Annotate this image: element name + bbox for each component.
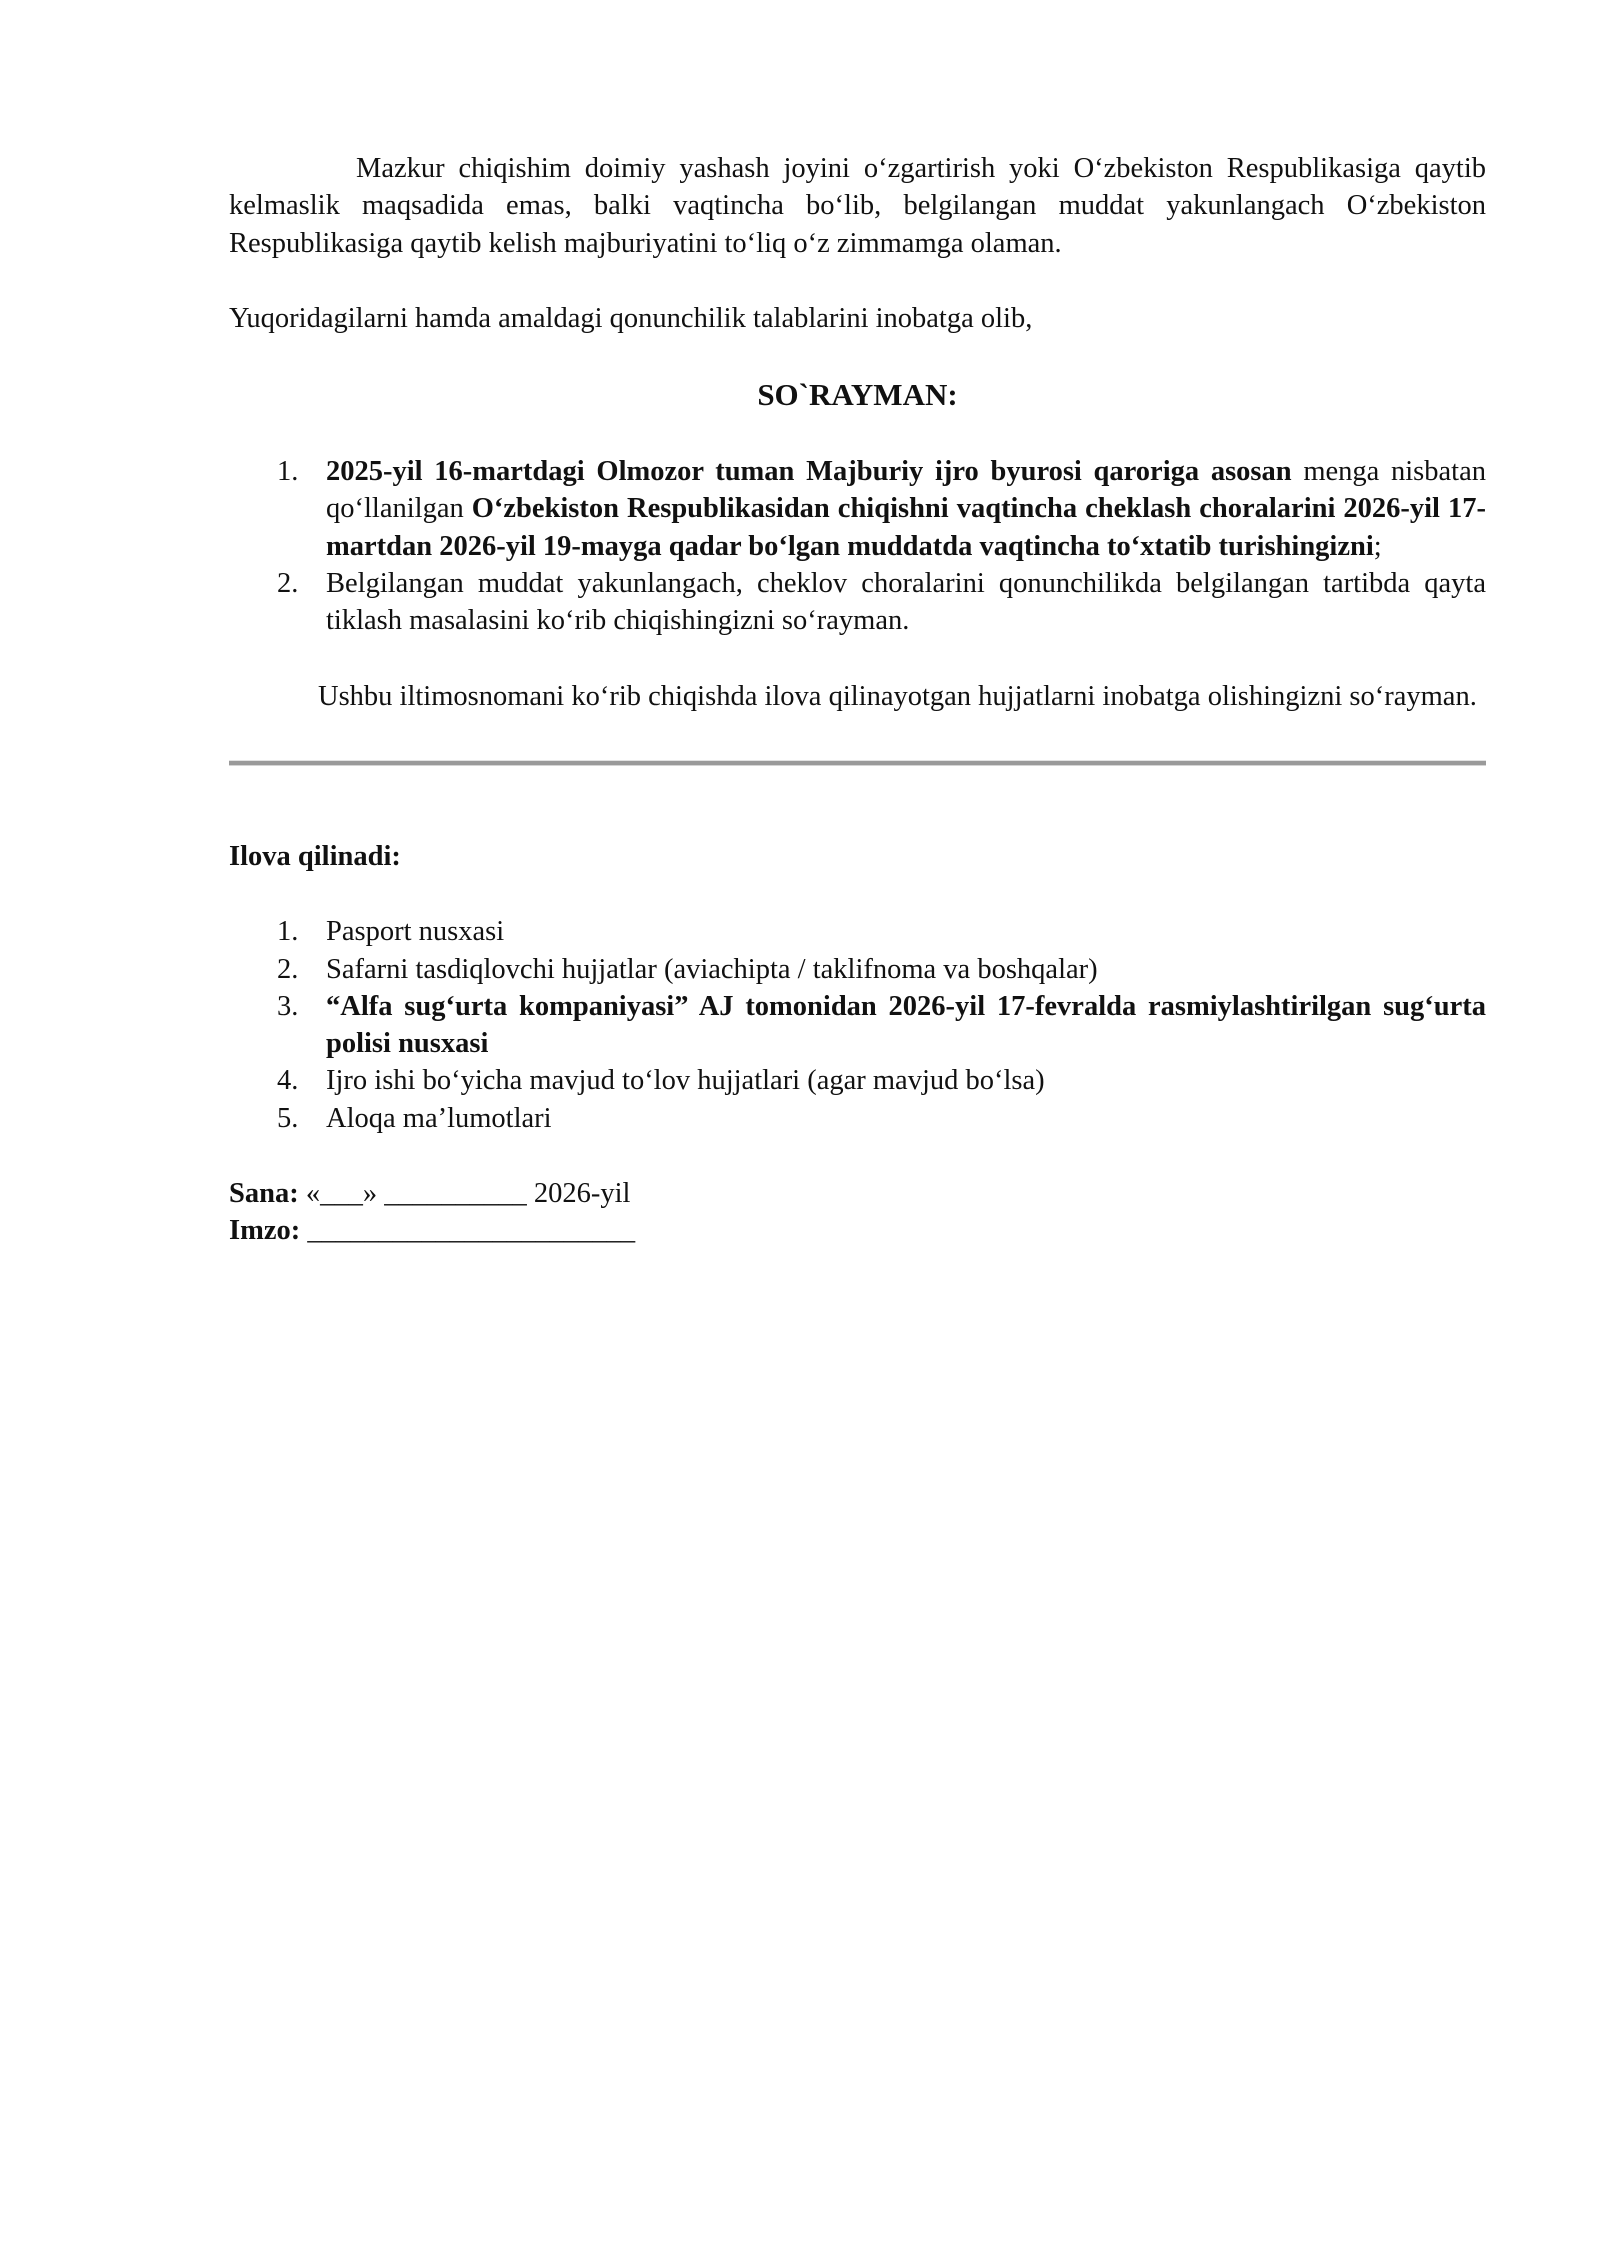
request-list: 1.2025-yil 16-martdagi Olmozor tuman Maj…: [229, 453, 1486, 639]
signature-field: _______________________: [300, 1215, 635, 1246]
date-line: Sana: «___» __________ 2026-yil: [229, 1175, 1486, 1212]
attachment-text: “Alfa sug‘urta kompaniyasi” AJ tomonidan…: [326, 991, 1486, 1059]
horizontal-rule: [229, 761, 1486, 765]
request-1-bold-b: O‘zbekiston Respublikasidan chiqishni va…: [326, 493, 1486, 561]
request-2-text: Belgilangan muddat yakunlangach, cheklov…: [326, 568, 1486, 636]
considering-paragraph: Yuqoridagilarni hamda amaldagi qonunchil…: [229, 300, 1486, 337]
request-heading: SO`RAYMAN:: [229, 375, 1486, 415]
signature-label: Imzo:: [229, 1215, 300, 1246]
date-label: Sana:: [229, 1178, 299, 1209]
attachment-item: 1.Pasport nusxasi: [229, 913, 1486, 950]
signature-line: Imzo: _______________________: [229, 1212, 1486, 1249]
document-page: Mazkur chiqishim doimiy yashash joyini o…: [229, 150, 1486, 1250]
attachments-title: Ilova qilinadi:: [229, 838, 1486, 875]
attachment-text: Pasport nusxasi: [326, 916, 504, 947]
list-number: 2.: [277, 565, 298, 602]
request-item-1: 1.2025-yil 16-martdagi Olmozor tuman Maj…: [229, 453, 1486, 565]
list-number: 1.: [277, 913, 298, 950]
list-number: 3.: [277, 988, 298, 1025]
attachment-text: Safarni tasdiqlovchi hujjatlar (aviachip…: [326, 954, 1098, 985]
list-number: 5.: [277, 1100, 298, 1137]
request-1-normal-b: ;: [1374, 531, 1382, 562]
list-number: 4.: [277, 1062, 298, 1099]
request-item-2: 2.Belgilangan muddat yakunlangach, chekl…: [229, 565, 1486, 640]
attachment-text: Ijro ishi bo‘yicha mavjud to‘lov hujjatl…: [326, 1065, 1045, 1096]
attachment-text: Aloqa ma’lumotlari: [326, 1103, 552, 1134]
spacer: [229, 640, 1486, 678]
intro-paragraph: Mazkur chiqishim doimiy yashash joyini o…: [229, 150, 1486, 262]
attachment-item: 4.Ijro ishi bo‘yicha mavjud to‘lov hujja…: [229, 1062, 1486, 1099]
attachments-list: 1.Pasport nusxasi 2.Safarni tasdiqlovchi…: [229, 913, 1486, 1137]
attachment-item: 3.“Alfa sug‘urta kompaniyasi” AJ tomonid…: [229, 988, 1486, 1063]
attachment-item: 5.Aloqa ma’lumotlari: [229, 1100, 1486, 1137]
list-number: 1.: [277, 453, 298, 490]
closing-paragraph: Ushbu iltimosnomani ko‘rib chiqishda ilo…: [229, 678, 1486, 715]
spacer: [229, 262, 1486, 300]
list-number: 2.: [277, 951, 298, 988]
attachment-item: 2.Safarni tasdiqlovchi hujjatlar (aviach…: [229, 951, 1486, 988]
request-1-bold-a: 2025-yil 16-martdagi Olmozor tuman Majbu…: [326, 456, 1292, 487]
date-field: «___» __________ 2026-yil: [299, 1178, 631, 1209]
